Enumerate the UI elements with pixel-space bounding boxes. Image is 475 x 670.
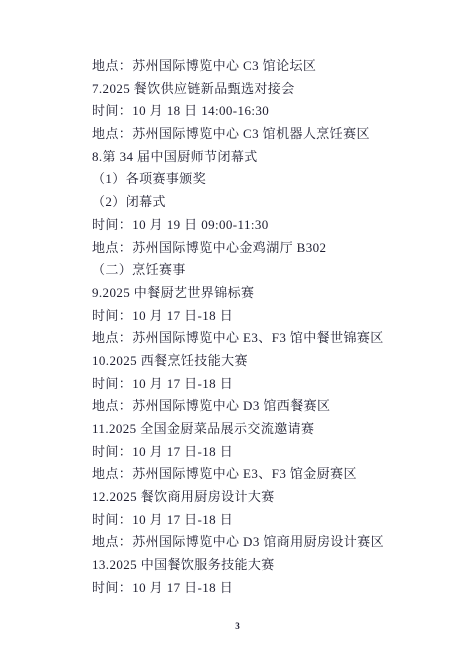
doc-line-time: 时间：10 月 17 日-18 日 xyxy=(92,577,435,600)
doc-line-event-title: 10.2025 西餐烹饪技能大赛 xyxy=(92,350,435,373)
doc-line-section-title: （二）烹饪赛事 xyxy=(92,259,435,282)
doc-line-sub-item: （2）闭幕式 xyxy=(92,191,435,214)
doc-line-location: 地点：苏州国际博览中心 E3、F3 馆中餐世锦赛区 xyxy=(92,327,435,350)
doc-line-time: 时间：10 月 19 日 09:00-11:30 xyxy=(92,214,435,237)
document-body: 地点：苏州国际博览中心 C3 馆论坛区 7.2025 餐饮供应链新品甄选对接会 … xyxy=(92,55,435,600)
doc-line-event-title: 7.2025 餐饮供应链新品甄选对接会 xyxy=(92,78,435,101)
doc-line-time: 时间：10 月 17 日-18 日 xyxy=(92,441,435,464)
doc-line-location: 地点：苏州国际博览中心 C3 馆机器人烹饪赛区 xyxy=(92,123,435,146)
doc-line-event-title: 9.2025 中餐厨艺世界锦标赛 xyxy=(92,282,435,305)
doc-line-time: 时间：10 月 18 日 14:00-16:30 xyxy=(92,100,435,123)
document-page: 地点：苏州国际博览中心 C3 馆论坛区 7.2025 餐饮供应链新品甄选对接会 … xyxy=(0,0,475,670)
doc-line-location: 地点：苏州国际博览中心 C3 馆论坛区 xyxy=(92,55,435,78)
page-number: 3 xyxy=(235,621,240,631)
doc-line-location: 地点：苏州国际博览中心 D3 馆西餐赛区 xyxy=(92,395,435,418)
doc-line-location: 地点：苏州国际博览中心 E3、F3 馆金厨赛区 xyxy=(92,463,435,486)
doc-line-time: 时间：10 月 17 日-18 日 xyxy=(92,305,435,328)
doc-line-event-title: 11.2025 全国金厨菜品展示交流邀请赛 xyxy=(92,418,435,441)
doc-line-time: 时间：10 月 17 日-18 日 xyxy=(92,373,435,396)
doc-line-location: 地点：苏州国际博览中心 D3 馆商用厨房设计赛区 xyxy=(92,531,435,554)
doc-line-sub-item: （1）各项赛事颁奖 xyxy=(92,168,435,191)
doc-line-time: 时间：10 月 17 日-18 日 xyxy=(92,509,435,532)
doc-line-event-title: 13.2025 中国餐饮服务技能大赛 xyxy=(92,554,435,577)
doc-line-event-title: 8.第 34 届中国厨师节闭幕式 xyxy=(92,146,435,169)
page-footer: 3 xyxy=(0,616,475,634)
doc-line-location: 地点：苏州国际博览中心金鸡湖厅 B302 xyxy=(92,237,435,260)
doc-line-event-title: 12.2025 餐饮商用厨房设计大赛 xyxy=(92,486,435,509)
